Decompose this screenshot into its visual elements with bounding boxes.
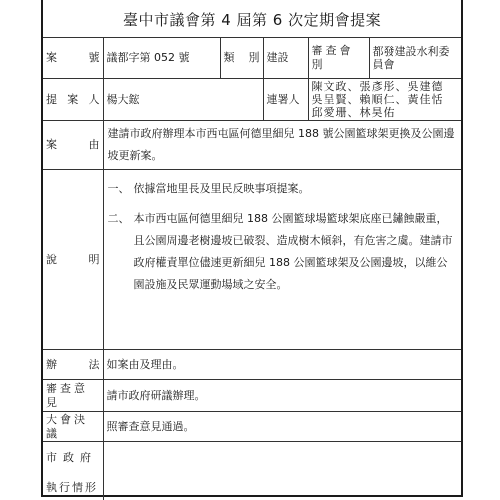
proposer-value: 楊大鋐 <box>103 79 263 121</box>
description-value: 一、 依據當地里長及里民反映事項提案。 二、 本市西屯區何德里細兒 188 公園… <box>103 170 461 350</box>
reason-label: 案 由 <box>43 121 103 170</box>
cosigners-line: 吳呈賢、賴順仁、黃佳恬 <box>312 93 459 106</box>
resolution-value: 照審查意見通過。 <box>103 412 461 442</box>
method-label: 辦 法 <box>43 350 103 380</box>
committee-value: 都發建設水利委員會 <box>369 38 461 79</box>
review-opinion-label: 審查意見 <box>43 380 103 412</box>
proposal-table: 臺中市議會第 4 屆第 6 次定期會提案 案 號 議都字第 052 號 類 別 … <box>43 0 461 500</box>
execution-label-line2: 執行情形 <box>46 473 100 500</box>
case-number-label: 案 號 <box>43 38 103 79</box>
proposer-label: 提 案 人 <box>43 79 103 121</box>
description-item: 一、 依據當地里長及里民反映事項提案。 <box>108 178 458 200</box>
description-item-text: 依據當地里長及里民反映事項提案。 <box>134 178 458 200</box>
description-item-text: 本市西屯區何德里細兒 188 公園籃球場籃球架底座已鏽蝕嚴重，且公園周邊老樹邊坡… <box>134 208 458 296</box>
description-item-number: 一、 <box>108 178 134 200</box>
cosigners-list: 陳文政、張彥彤、吳建德 吳呈賢、賴順仁、黃佳恬 邱愛珊、林昊佑 <box>308 79 461 121</box>
cosigners-line: 陳文政、張彥彤、吳建德 <box>312 80 459 93</box>
execution-label-line1: 市政府 <box>46 443 100 473</box>
cosigners-line: 邱愛珊、林昊佑 <box>312 106 459 119</box>
cosigners-label: 連署人 <box>263 79 308 121</box>
resolution-label: 大會決議 <box>43 412 103 442</box>
proposal-form: 臺中市議會第 4 屆第 6 次定期會提案 案 號 議都字第 052 號 類 別 … <box>41 0 463 497</box>
category-label: 類 別 <box>220 38 263 79</box>
review-opinion-value: 請市政府研議辦理。 <box>103 380 461 412</box>
execution-value <box>103 442 461 500</box>
method-value: 如案由及理由。 <box>103 350 461 380</box>
description-item-number: 二、 <box>108 208 134 296</box>
description-item: 二、 本市西屯區何德里細兒 188 公園籃球場籃球架底座已鏽蝕嚴重，且公園周邊老… <box>108 208 458 296</box>
document-title: 臺中市議會第 4 屆第 6 次定期會提案 <box>43 0 461 38</box>
category-value: 建設 <box>263 38 308 79</box>
committee-label: 審查會別 <box>308 38 369 79</box>
description-label: 說 明 <box>43 170 103 350</box>
case-number-value: 議都字第 052 號 <box>103 38 220 79</box>
execution-label: 市政府 執行情形 <box>43 442 103 500</box>
reason-value: 建請市政府辦理本市西屯區何德里細兒 188 號公園籃球架更換及公園邊坡更新案。 <box>103 121 461 170</box>
